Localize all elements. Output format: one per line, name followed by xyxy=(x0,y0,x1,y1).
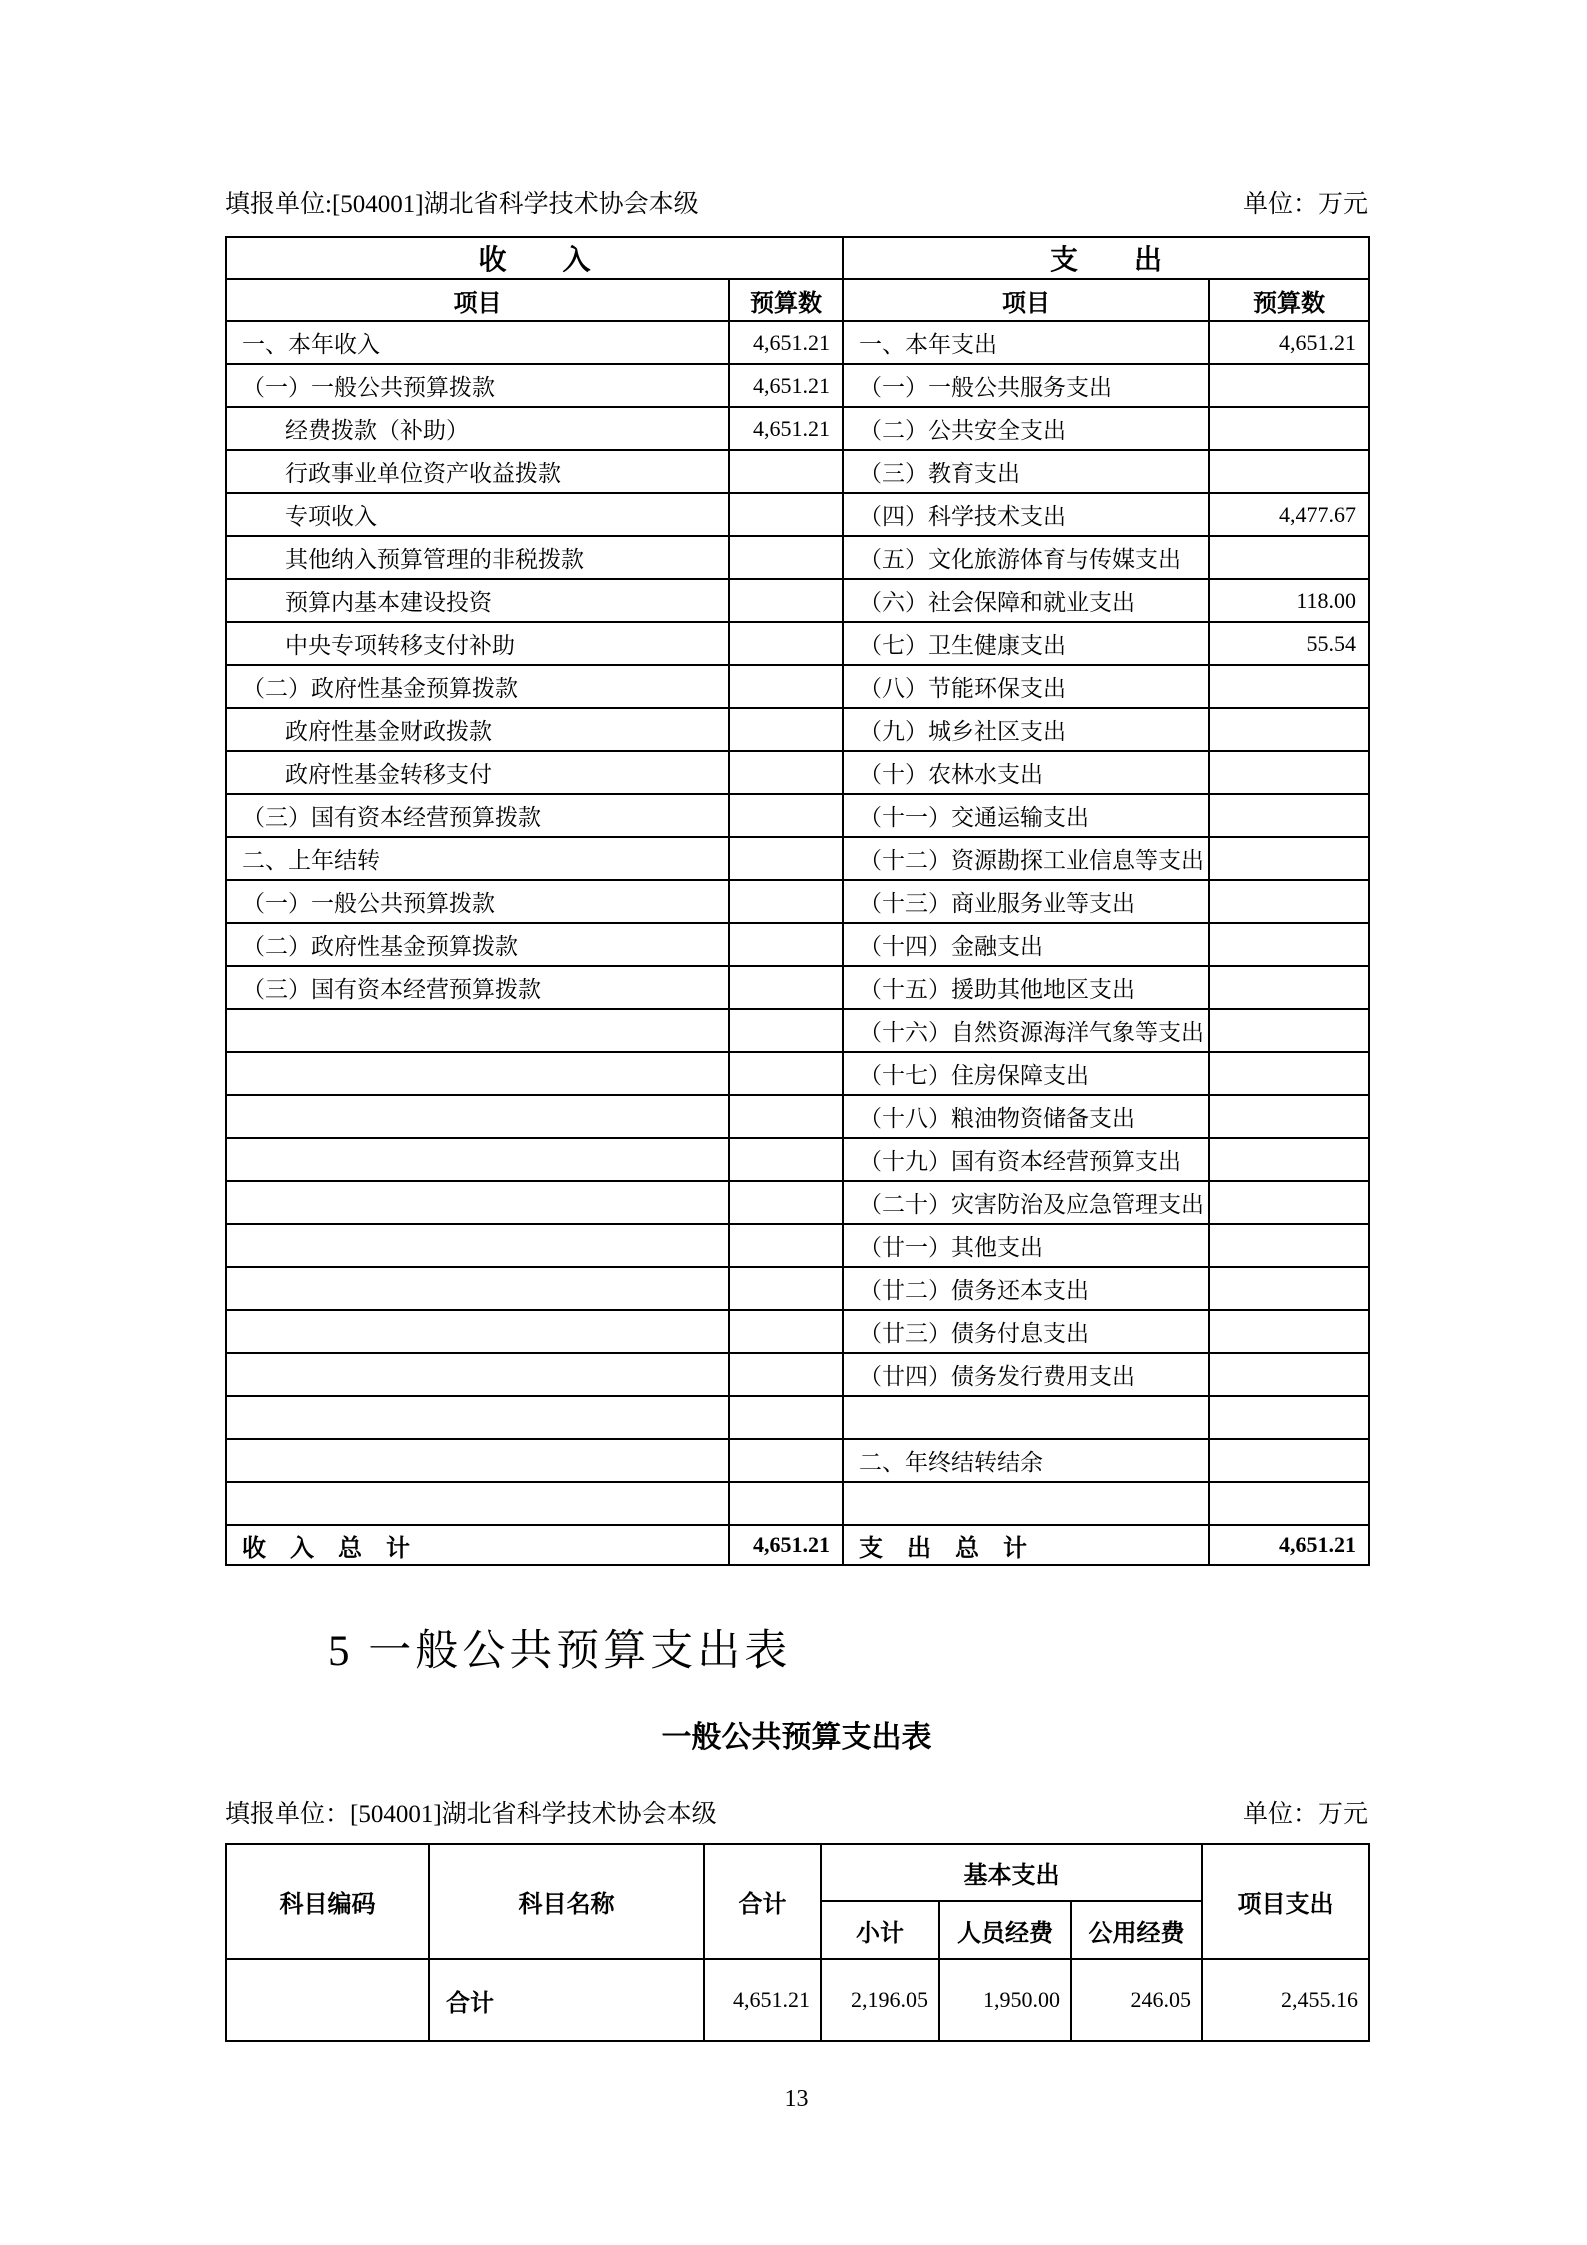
income-total-label: 收 入 总 计 xyxy=(226,1525,729,1565)
total-header: 合计 xyxy=(704,1844,821,1959)
expense-value-cell xyxy=(1209,923,1369,966)
expense-item-cell: （十九）国有资本经营预算支出 xyxy=(843,1138,1209,1181)
income-total-value: 4,651.21 xyxy=(729,1525,843,1565)
expense-item-cell: （七）卫生健康支出 xyxy=(843,622,1209,665)
table-row: 政府性基金转移支付（十）农林水支出 xyxy=(226,751,1369,794)
expense-value-cell xyxy=(1209,1181,1369,1224)
page-number: 13 xyxy=(225,2086,1368,2113)
expense-value-cell xyxy=(1209,407,1369,450)
table-row xyxy=(226,1396,1369,1439)
table-row xyxy=(226,1482,1369,1525)
expense-item-cell: （二）公共安全支出 xyxy=(843,407,1209,450)
expense-item-cell: （十八）粮油物资储备支出 xyxy=(843,1095,1209,1138)
expense-value-cell xyxy=(1209,1095,1369,1138)
expense-item-cell xyxy=(843,1396,1209,1439)
income-value-cell xyxy=(729,450,843,493)
table-row: （廿三）债务付息支出 xyxy=(226,1310,1369,1353)
income-value-cell xyxy=(729,493,843,536)
income-value-cell xyxy=(729,665,843,708)
income-item-cell: 行政事业单位资产收益拨款 xyxy=(226,450,729,493)
total-value-cell: 4,651.21 xyxy=(704,1959,821,2041)
expense-item-cell: （一）一般公共服务支出 xyxy=(843,364,1209,407)
expense-item-cell xyxy=(843,1482,1209,1525)
income-item-cell xyxy=(226,1482,729,1525)
expense-value-cell xyxy=(1209,536,1369,579)
expense-item-cell: （十）农林水支出 xyxy=(843,751,1209,794)
income-value-cell xyxy=(729,1310,843,1353)
income-value-cell xyxy=(729,880,843,923)
expense-value-cell xyxy=(1209,751,1369,794)
income-item-cell: 专项收入 xyxy=(226,493,729,536)
income-item-cell: （二）政府性基金预算拨款 xyxy=(226,923,729,966)
income-item-cell: （一）一般公共预算拨款 xyxy=(226,364,729,407)
subtotal-value-cell: 2,196.05 xyxy=(821,1959,939,2041)
income-value-cell xyxy=(729,708,843,751)
table-row: （二）政府性基金预算拨款（八）节能环保支出 xyxy=(226,665,1369,708)
table-row: （二十）灾害防治及应急管理支出 xyxy=(226,1181,1369,1224)
table1-section-header-row: 收 入 支 出 xyxy=(226,237,1369,279)
project-expense-header: 项目支出 xyxy=(1202,1844,1369,1959)
table-row: （廿四）债务发行费用支出 xyxy=(226,1353,1369,1396)
income-item-cell xyxy=(226,1138,729,1181)
filer-unit-label: 填报单位：[504001]湖北省科学技术协会本级 xyxy=(225,1800,717,1830)
subject-code-cell xyxy=(226,1959,429,2041)
income-item-cell xyxy=(226,1224,729,1267)
income-item-cell: （一）一般公共预算拨款 xyxy=(226,880,729,923)
income-value-cell xyxy=(729,1396,843,1439)
personnel-expense-header: 人员经费 xyxy=(939,1901,1071,1959)
income-item-cell: 中央专项转移支付补助 xyxy=(226,622,729,665)
expense-value-cell xyxy=(1209,1009,1369,1052)
income-value-cell xyxy=(729,923,843,966)
income-section-header: 收 入 xyxy=(226,237,843,279)
expense-value-cell xyxy=(1209,1353,1369,1396)
income-item-cell: 二、上年结转 xyxy=(226,837,729,880)
income-item-cell: 政府性基金财政拨款 xyxy=(226,708,729,751)
expense-value-cell xyxy=(1209,966,1369,1009)
income-value-cell xyxy=(729,1482,843,1525)
expense-item-header: 项目 xyxy=(843,279,1209,321)
income-value-cell xyxy=(729,1009,843,1052)
expense-item-cell: 二、年终结转结余 xyxy=(843,1439,1209,1482)
table-row: （十七）住房保障支出 xyxy=(226,1052,1369,1095)
income-item-cell: 一、本年收入 xyxy=(226,321,729,364)
table2-meta-line: 填报单位：[504001]湖北省科学技术协会本级 单位：万元 xyxy=(225,1800,1368,1830)
income-item-cell xyxy=(226,1310,729,1353)
subtotal-header: 小计 xyxy=(821,1901,939,1959)
income-item-cell xyxy=(226,1353,729,1396)
expense-item-cell: （廿三）债务付息支出 xyxy=(843,1310,1209,1353)
income-item-cell xyxy=(226,1052,729,1095)
income-value-cell xyxy=(729,536,843,579)
table-row: 政府性基金财政拨款（九）城乡社区支出 xyxy=(226,708,1369,751)
subject-name-cell: 合计 xyxy=(429,1959,704,2041)
income-value-cell: 4,651.21 xyxy=(729,321,843,364)
income-item-cell xyxy=(226,1009,729,1052)
income-item-cell: 其他纳入预算管理的非税拨款 xyxy=(226,536,729,579)
income-value-cell xyxy=(729,579,843,622)
expense-section-header: 支 出 xyxy=(843,237,1369,279)
income-value-cell: 4,651.21 xyxy=(729,407,843,450)
expense-value-cell xyxy=(1209,794,1369,837)
expense-item-cell: （十一）交通运输支出 xyxy=(843,794,1209,837)
income-budget-header: 预算数 xyxy=(729,279,843,321)
income-item-cell: （三）国有资本经营预算拨款 xyxy=(226,794,729,837)
section-heading: 5 一般公共预算支出表 xyxy=(328,1626,791,1678)
table-row: （十八）粮油物资储备支出 xyxy=(226,1095,1369,1138)
expense-value-cell xyxy=(1209,1482,1369,1525)
public-budget-expense-table: 科目编码 科目名称 合计 基本支出 项目支出 小计 人员经费 公用经费 合计 4… xyxy=(225,1843,1370,2042)
income-value-cell xyxy=(729,1353,843,1396)
income-item-header: 项目 xyxy=(226,279,729,321)
income-item-cell xyxy=(226,1396,729,1439)
expense-item-cell: （廿四）债务发行费用支出 xyxy=(843,1353,1209,1396)
table2-header-row-1: 科目编码 科目名称 合计 基本支出 项目支出 xyxy=(226,1844,1369,1901)
income-value-cell xyxy=(729,966,843,1009)
table2-total-row: 合计 4,651.21 2,196.05 1,950.00 246.05 2,4… xyxy=(226,1959,1369,2041)
table1-total-row: 收 入 总 计 4,651.21 支 出 总 计 4,651.21 xyxy=(226,1525,1369,1565)
project-value-cell: 2,455.16 xyxy=(1202,1959,1369,2041)
table-row: （十六）自然资源海洋气象等支出 xyxy=(226,1009,1369,1052)
budget-summary-table: 收 入 支 出 项目 预算数 项目 预算数 一、本年收入4,651.21一、本年… xyxy=(225,236,1370,1566)
expense-value-cell xyxy=(1209,837,1369,880)
income-item-cell: 经费拨款（补助） xyxy=(226,407,729,450)
expense-item-cell: （二十）灾害防治及应急管理支出 xyxy=(843,1181,1209,1224)
expense-value-cell: 4,651.21 xyxy=(1209,321,1369,364)
expense-value-cell xyxy=(1209,1310,1369,1353)
expense-total-value: 4,651.21 xyxy=(1209,1525,1369,1565)
expense-value-cell xyxy=(1209,1396,1369,1439)
income-item-cell: 预算内基本建设投资 xyxy=(226,579,729,622)
table-row: （廿一）其他支出 xyxy=(226,1224,1369,1267)
table-row: 其他纳入预算管理的非税拨款（五）文化旅游体育与传媒支出 xyxy=(226,536,1369,579)
income-value-cell xyxy=(729,1138,843,1181)
income-value-cell: 4,651.21 xyxy=(729,364,843,407)
income-item-cell xyxy=(226,1439,729,1482)
expense-item-cell: （九）城乡社区支出 xyxy=(843,708,1209,751)
table-row: 二、年终结转结余 xyxy=(226,1439,1369,1482)
income-value-cell xyxy=(729,1267,843,1310)
table-row: （三）国有资本经营预算拨款（十一）交通运输支出 xyxy=(226,794,1369,837)
expense-value-cell xyxy=(1209,1224,1369,1267)
expense-value-cell xyxy=(1209,1439,1369,1482)
income-value-cell xyxy=(729,1224,843,1267)
income-value-cell xyxy=(729,794,843,837)
currency-unit-label: 单位：万元 xyxy=(1243,1800,1368,1830)
table-row: （十九）国有资本经营预算支出 xyxy=(226,1138,1369,1181)
table1-meta-line: 填报单位:[504001]湖北省科学技术协会本级 单位：万元 xyxy=(225,190,1368,220)
expense-item-cell: （廿一）其他支出 xyxy=(843,1224,1209,1267)
subject-code-header: 科目编码 xyxy=(226,1844,429,1959)
expense-item-cell: （十四）金融支出 xyxy=(843,923,1209,966)
income-item-cell: （二）政府性基金预算拨款 xyxy=(226,665,729,708)
income-value-cell xyxy=(729,837,843,880)
expense-item-cell: （十二）资源勘探工业信息等支出 xyxy=(843,837,1209,880)
income-item-cell: 政府性基金转移支付 xyxy=(226,751,729,794)
expense-value-cell: 55.54 xyxy=(1209,622,1369,665)
table-row: （一）一般公共预算拨款（十三）商业服务业等支出 xyxy=(226,880,1369,923)
subject-name-header: 科目名称 xyxy=(429,1844,704,1959)
table2-title: 一般公共预算支出表 xyxy=(225,1720,1368,1756)
expense-budget-header: 预算数 xyxy=(1209,279,1369,321)
public-expense-header: 公用经费 xyxy=(1071,1901,1202,1959)
expense-item-cell: （十六）自然资源海洋气象等支出 xyxy=(843,1009,1209,1052)
expense-item-cell: （八）节能环保支出 xyxy=(843,665,1209,708)
income-item-cell: （三）国有资本经营预算拨款 xyxy=(226,966,729,1009)
table-row: 专项收入（四）科学技术支出4,477.67 xyxy=(226,493,1369,536)
expense-item-cell: （六）社会保障和就业支出 xyxy=(843,579,1209,622)
document-page: 填报单位:[504001]湖北省科学技术协会本级 单位：万元 收 入 支 出 项… xyxy=(0,0,1587,2245)
currency-unit-label: 单位：万元 xyxy=(1243,190,1368,220)
income-value-cell xyxy=(729,622,843,665)
expense-value-cell xyxy=(1209,1267,1369,1310)
expense-value-cell xyxy=(1209,450,1369,493)
expense-item-cell: （十五）援助其他地区支出 xyxy=(843,966,1209,1009)
table-row: 二、上年结转（十二）资源勘探工业信息等支出 xyxy=(226,837,1369,880)
table-row: （廿二）债务还本支出 xyxy=(226,1267,1369,1310)
expense-value-cell xyxy=(1209,665,1369,708)
table-row: （一）一般公共预算拨款4,651.21（一）一般公共服务支出 xyxy=(226,364,1369,407)
income-value-cell xyxy=(729,1052,843,1095)
expense-item-cell: （三）教育支出 xyxy=(843,450,1209,493)
income-item-cell xyxy=(226,1267,729,1310)
expense-value-cell xyxy=(1209,1138,1369,1181)
expense-value-cell: 4,477.67 xyxy=(1209,493,1369,536)
expense-value-cell xyxy=(1209,1052,1369,1095)
expense-value-cell xyxy=(1209,708,1369,751)
table-row: 预算内基本建设投资（六）社会保障和就业支出118.00 xyxy=(226,579,1369,622)
expense-value-cell xyxy=(1209,880,1369,923)
table-row: 中央专项转移支付补助（七）卫生健康支出55.54 xyxy=(226,622,1369,665)
expense-value-cell xyxy=(1209,364,1369,407)
table-row: 经费拨款（补助）4,651.21（二）公共安全支出 xyxy=(226,407,1369,450)
public-value-cell: 246.05 xyxy=(1071,1959,1202,2041)
table1-column-header-row: 项目 预算数 项目 预算数 xyxy=(226,279,1369,321)
table-row: （二）政府性基金预算拨款（十四）金融支出 xyxy=(226,923,1369,966)
income-item-cell xyxy=(226,1095,729,1138)
filer-unit-label: 填报单位:[504001]湖北省科学技术协会本级 xyxy=(225,190,699,220)
personnel-value-cell: 1,950.00 xyxy=(939,1959,1071,2041)
expense-item-cell: （十七）住房保障支出 xyxy=(843,1052,1209,1095)
income-value-cell xyxy=(729,1181,843,1224)
table-row: （三）国有资本经营预算拨款（十五）援助其他地区支出 xyxy=(226,966,1369,1009)
expense-total-label: 支 出 总 计 xyxy=(843,1525,1209,1565)
expense-item-cell: （四）科学技术支出 xyxy=(843,493,1209,536)
expense-value-cell: 118.00 xyxy=(1209,579,1369,622)
expense-item-cell: （十三）商业服务业等支出 xyxy=(843,880,1209,923)
expense-item-cell: 一、本年支出 xyxy=(843,321,1209,364)
basic-expense-header: 基本支出 xyxy=(821,1844,1202,1901)
income-value-cell xyxy=(729,751,843,794)
income-item-cell xyxy=(226,1181,729,1224)
expense-item-cell: （五）文化旅游体育与传媒支出 xyxy=(843,536,1209,579)
expense-item-cell: （廿二）债务还本支出 xyxy=(843,1267,1209,1310)
table-row: 一、本年收入4,651.21一、本年支出4,651.21 xyxy=(226,321,1369,364)
table-row: 行政事业单位资产收益拨款（三）教育支出 xyxy=(226,450,1369,493)
income-value-cell xyxy=(729,1095,843,1138)
income-value-cell xyxy=(729,1439,843,1482)
